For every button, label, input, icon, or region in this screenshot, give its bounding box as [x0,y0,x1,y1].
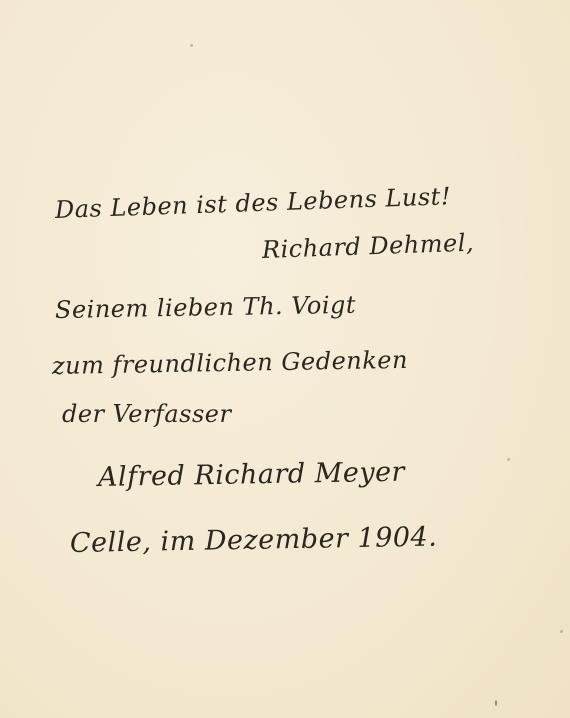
quote-text: Das Leben ist des Lebens Lust! [55,182,452,224]
dedication-from: der Verfasser [62,400,231,428]
dedication-recipient: Seinem lieben Th. Voigt [55,291,357,324]
paper-speck [560,630,563,633]
quote-author: Richard Dehmel, [262,229,475,264]
dedication-message: zum freundlichen Gedenken [52,346,408,380]
paper-speck [495,700,497,706]
place-date: Celle, im Dezember 1904. [70,522,438,559]
signature: Alfred Richard Meyer [98,457,405,493]
paper-speck [507,458,510,461]
manuscript-page: Das Leben ist des Lebens Lust! Richard D… [0,0,570,718]
paper-speck [190,44,193,47]
